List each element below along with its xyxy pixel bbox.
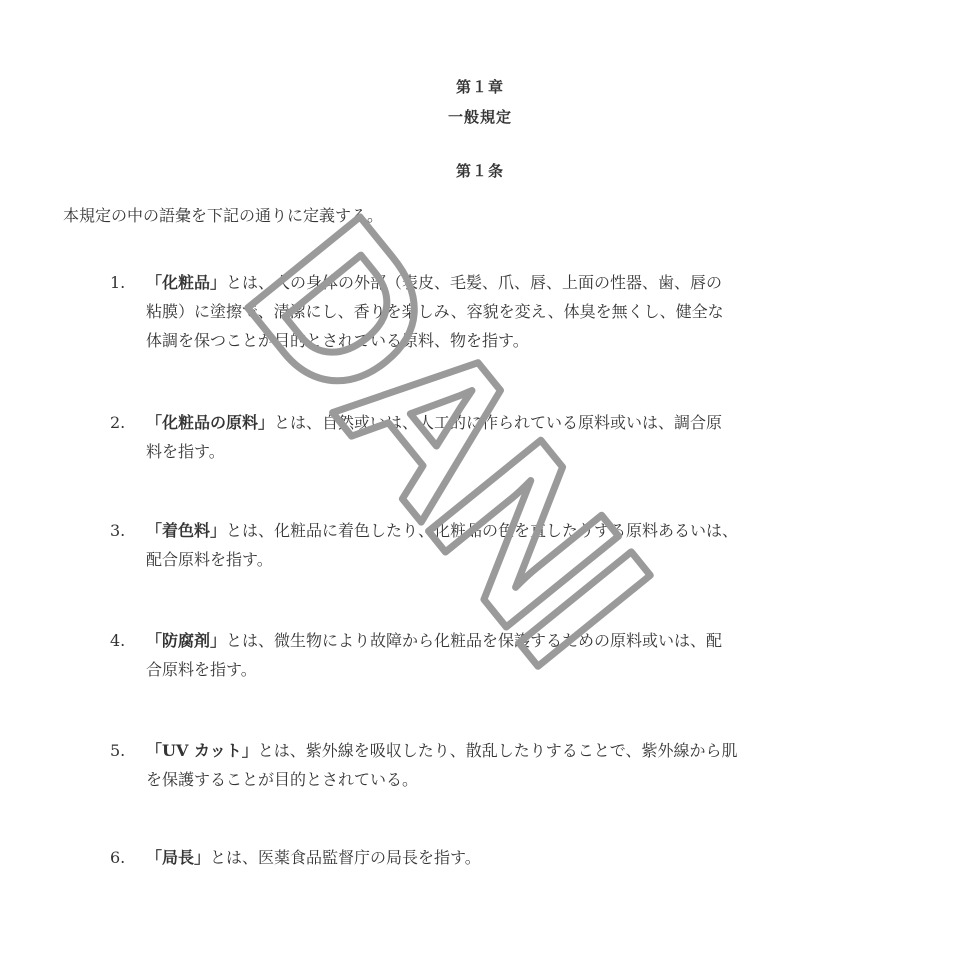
item-number: 2. xyxy=(110,408,140,437)
article-heading: 第１条 xyxy=(0,160,960,181)
item-term: 「UV カット」 xyxy=(146,741,258,760)
definition-item-5: 5. 「UV カット」とは、紫外線を吸収したり、散乱したりすることで、紫外線から… xyxy=(110,736,920,794)
chapter-title: 一般規定 xyxy=(0,106,960,127)
item-line: 粘膜）に塗擦で、清潔にし、香りを楽しみ、容貌を変え、体臭を無くし、健全な xyxy=(146,302,724,321)
item-number: 6. xyxy=(110,843,140,872)
item-line: とは、自然或いは、人工的に作られている原料或いは、調合原 xyxy=(274,413,722,432)
item-line: とは、微生物により故障から化粧品を保護するための原料或いは、配 xyxy=(226,631,722,650)
item-line: 料を指す。 xyxy=(146,442,225,461)
item-line: 合原料を指す。 xyxy=(146,660,257,679)
item-term: 「化粧品の原料」 xyxy=(146,413,274,432)
watermark: DANI xyxy=(0,0,960,960)
item-term: 「局長」 xyxy=(146,848,210,867)
item-line: 配合原料を指す。 xyxy=(146,550,273,569)
item-term: 「防腐剤」 xyxy=(146,631,226,650)
item-line: とは、化粧品に着色したり、化粧品の色を直したりする原料あるいは、 xyxy=(226,521,738,540)
intro-text: 本規定の中の語彙を下記の通りに定義する。 xyxy=(63,203,383,226)
item-line: とは、紫外線を吸収したり、散乱したりすることで、紫外線から肌 xyxy=(258,741,738,760)
item-number: 4. xyxy=(110,626,140,655)
definition-item-6: 6. 「局長」とは、医薬食品監督庁の局長を指す。 xyxy=(110,843,920,872)
definition-item-2: 2. 「化粧品の原料」とは、自然或いは、人工的に作られている原料或いは、調合原 … xyxy=(110,408,920,466)
item-number: 5. xyxy=(110,736,140,765)
definition-item-4: 4. 「防腐剤」とは、微生物により故障から化粧品を保護するための原料或いは、配 … xyxy=(110,626,920,684)
definition-item-1: 1. 「化粧品」とは、人の身体の外部（表皮、毛髪、爪、唇、上面の性器、歯、唇の … xyxy=(110,268,920,355)
item-line: を保護することが目的とされている。 xyxy=(146,770,418,789)
item-number: 3. xyxy=(110,516,140,545)
item-number: 1. xyxy=(110,268,140,297)
chapter-heading: 第１章 xyxy=(0,76,960,97)
item-term: 「着色料」 xyxy=(146,521,226,540)
item-line: 体調を保つことが目的とされている原料、物を指す。 xyxy=(146,331,529,350)
definition-item-3: 3. 「着色料」とは、化粧品に着色したり、化粧品の色を直したりする原料あるいは、… xyxy=(110,516,920,574)
item-term: 「化粧品」 xyxy=(146,273,226,292)
item-line: とは、人の身体の外部（表皮、毛髪、爪、唇、上面の性器、歯、唇の xyxy=(226,273,722,292)
item-line: とは、医薬食品監督庁の局長を指す。 xyxy=(210,848,481,867)
